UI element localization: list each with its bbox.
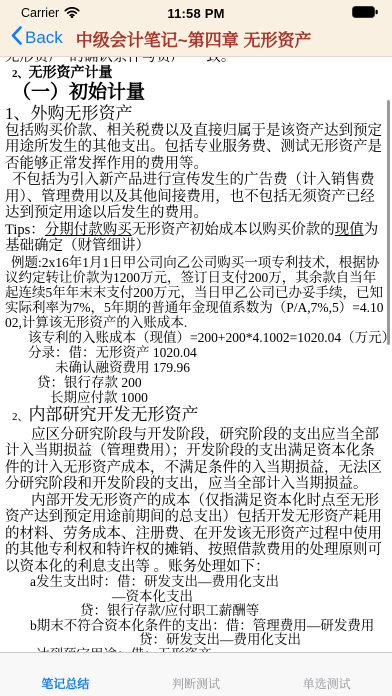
tab-judgment-test[interactable]: 判断测试 bbox=[131, 675, 262, 692]
content-line: 2、内部研究开发无形资产 bbox=[5, 405, 388, 427]
tab-bar: 笔记总结 判断测试 单选测试 bbox=[0, 652, 392, 696]
wifi-icon bbox=[64, 6, 80, 21]
chevron-left-icon bbox=[10, 25, 23, 51]
content-line: （一）初始计量 bbox=[5, 82, 388, 104]
content-line: 内部开发无形资产的成本（仅指满足资本化时点至无形资产达到预定用途前期间的总支出）… bbox=[5, 493, 388, 576]
content-line: —资本化支出 bbox=[5, 590, 388, 605]
content-line: 2、无形资产计量 bbox=[5, 66, 388, 82]
content-line: 该专利的入账成本（现值）=200+200*4.1002=1020.04（万元） bbox=[5, 330, 388, 345]
status-bar: Carrier 11:58 PM bbox=[0, 0, 392, 24]
content-line: 应区分研究阶段与开发阶段，研究阶段的支出应当全部计入当期损益（管理费用）；开发阶… bbox=[5, 427, 388, 493]
scrollbar[interactable] bbox=[387, 100, 390, 345]
page-title: 中级会计笔记~第四章 无形资产 bbox=[76, 26, 312, 51]
carrier-label: Carrier bbox=[21, 6, 59, 20]
content-line: 包括购买价款、相关税费以及直接归属于是该资产达到预定用途所发生的其他支出。包括专… bbox=[5, 123, 388, 173]
content-line: b期末不符合资本化条件的支出：借：管理费用—研发费用 bbox=[5, 619, 388, 634]
content-line: c达到预定用途：借：无形资产 bbox=[5, 648, 388, 653]
battery-icon bbox=[352, 6, 378, 21]
content-area[interactable]: 无形资产”的确认条件与资产”一致。2、无形资产计量（一）初始计量1、外购无形资产… bbox=[0, 57, 392, 652]
nav-bar: Back 中级会计笔记~第四章 无形资产 bbox=[0, 24, 392, 57]
content-line: 贷：研发支出—费用化支出 bbox=[5, 633, 388, 648]
content-line: 1、外购无形资产 bbox=[5, 104, 388, 123]
back-button[interactable]: Back bbox=[10, 25, 63, 51]
content-line: Tips：分期付款购买无形资产初始成本以购买价款的现值为基础确定（财管细讲） bbox=[5, 222, 388, 255]
content-line: 长期应付款 1000 bbox=[5, 390, 388, 405]
content-line: 无形资产”的确认条件与资产”一致。 bbox=[5, 57, 388, 66]
content-line: 例题:2x16年1月1日甲公司向乙公司购买一项专利技术，根据协议约定转让价款为1… bbox=[5, 255, 388, 330]
content-line: 未确认融资费用 179.96 bbox=[5, 360, 388, 375]
content-line: 贷：银行存款/应付职工薪酬等 bbox=[5, 604, 388, 619]
content-line: 贷：银行存款 200 bbox=[5, 375, 388, 390]
content-line: 不包括为引入新产品进行宣传发生的广告费（计入销售费用）、管理费用以及其他间接费用… bbox=[5, 172, 388, 222]
clock-time: 11:58 PM bbox=[167, 6, 224, 21]
tab-notes-summary[interactable]: 笔记总结 bbox=[0, 675, 131, 692]
content-line: 分录：借：无形资产 1020.04 bbox=[5, 345, 388, 360]
content-line: a发生支出时：借：研发支出—费用化支出 bbox=[5, 575, 388, 590]
back-label: Back bbox=[25, 28, 63, 48]
tab-single-choice-test[interactable]: 单选测试 bbox=[261, 675, 392, 692]
